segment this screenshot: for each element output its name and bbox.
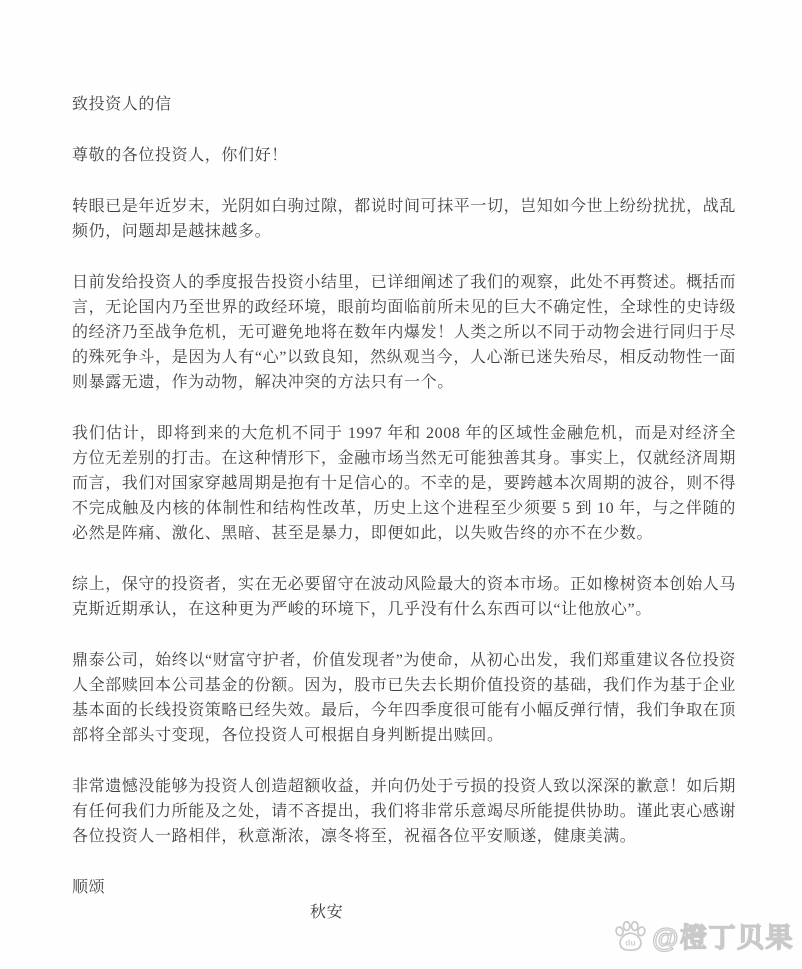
paragraph-observation: 日前发给投资人的季度报告投资小结里，已详细阐述了我们的观察，此处不再赘述。概括而… [72,270,736,395]
watermark: du @橙丁贝果 [613,916,794,955]
paragraph-redemption-advice: 鼎泰公司，始终以“财富守护者，价值发现者”为使命，从初心出发，我们郑重建议各位投… [72,648,736,748]
letter-title: 致投资人的信 [72,92,736,117]
letter-greeting: 尊敬的各位投资人，你们好！ [72,143,736,168]
paragraph-apology: 非常遗憾没能够为投资人创造超额收益，并向仍处于亏损的投资人致以深深的歉意！如后期… [72,774,736,849]
watermark-handle: @橙丁贝果 [652,916,794,955]
paragraph-conclusion: 综上，保守的投资者，实在无必要留守在波动风险最大的资本市场。正如橡树资本创始人马… [72,572,736,622]
baidu-paw-icon: du [613,919,647,953]
paragraph-crisis-estimate: 我们估计，即将到来的大危机不同于 1997 年和 2008 年的区域性金融危机，… [72,421,736,546]
closing-word: 顺颂 [72,875,736,900]
investor-letter: 致投资人的信 尊敬的各位投资人，你们好！ 转眼已是年近岁末，光阴如白驹过隙，都说… [72,92,736,925]
baidu-paw-du-label: du [625,937,635,947]
paragraph-opening: 转眼已是年近岁末，光阴如白驹过隙，都说时间可抹平一切，岂知如今世上纷纷扰扰，战乱… [72,194,736,244]
